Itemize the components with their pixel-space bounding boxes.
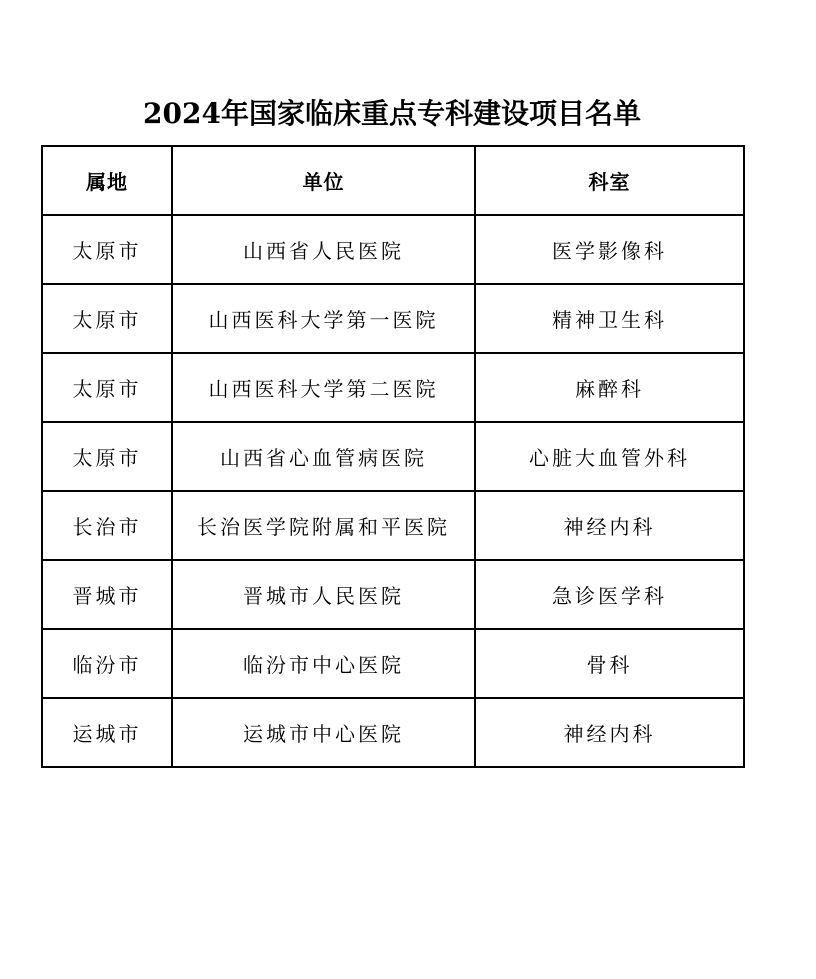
cell-department: 精神卫生科 <box>475 284 744 353</box>
cell-region: 太原市 <box>42 215 172 284</box>
cell-region: 太原市 <box>42 353 172 422</box>
table-row: 太原市 山西省人民医院 医学影像科 <box>42 215 744 284</box>
cell-department: 医学影像科 <box>475 215 744 284</box>
cell-institution: 山西省人民医院 <box>172 215 475 284</box>
cell-department: 心脏大血管外科 <box>475 422 744 491</box>
cell-institution: 山西医科大学第一医院 <box>172 284 475 353</box>
cell-institution: 长治医学院附属和平医院 <box>172 491 475 560</box>
cell-department: 麻醉科 <box>475 353 744 422</box>
column-header-institution: 单位 <box>172 146 475 215</box>
cell-department: 骨科 <box>475 629 744 698</box>
cell-institution: 山西医科大学第二医院 <box>172 353 475 422</box>
page-title: 2024年国家临床重点专科建设项目名单 <box>0 92 784 132</box>
cell-region: 太原市 <box>42 422 172 491</box>
project-list-table: 属地 单位 科室 太原市 山西省人民医院 医学影像科 太原市 山西医科大学第一医… <box>41 145 745 768</box>
table-row: 太原市 山西省心血管病医院 心脏大血管外科 <box>42 422 744 491</box>
cell-department: 神经内科 <box>475 698 744 767</box>
table-row: 太原市 山西医科大学第一医院 精神卫生科 <box>42 284 744 353</box>
cell-region: 晋城市 <box>42 560 172 629</box>
cell-institution: 临汾市中心医院 <box>172 629 475 698</box>
column-header-department: 科室 <box>475 146 744 215</box>
column-header-region: 属地 <box>42 146 172 215</box>
cell-region: 临汾市 <box>42 629 172 698</box>
cell-department: 急诊医学科 <box>475 560 744 629</box>
cell-region: 长治市 <box>42 491 172 560</box>
cell-region: 太原市 <box>42 284 172 353</box>
cell-institution: 晋城市人民医院 <box>172 560 475 629</box>
table-row: 运城市 运城市中心医院 神经内科 <box>42 698 744 767</box>
table-header-row: 属地 单位 科室 <box>42 146 744 215</box>
table-row: 晋城市 晋城市人民医院 急诊医学科 <box>42 560 744 629</box>
table-row: 临汾市 临汾市中心医院 骨科 <box>42 629 744 698</box>
table-row: 长治市 长治医学院附属和平医院 神经内科 <box>42 491 744 560</box>
cell-institution: 山西省心血管病医院 <box>172 422 475 491</box>
cell-region: 运城市 <box>42 698 172 767</box>
cell-department: 神经内科 <box>475 491 744 560</box>
table-row: 太原市 山西医科大学第二医院 麻醉科 <box>42 353 744 422</box>
cell-institution: 运城市中心医院 <box>172 698 475 767</box>
